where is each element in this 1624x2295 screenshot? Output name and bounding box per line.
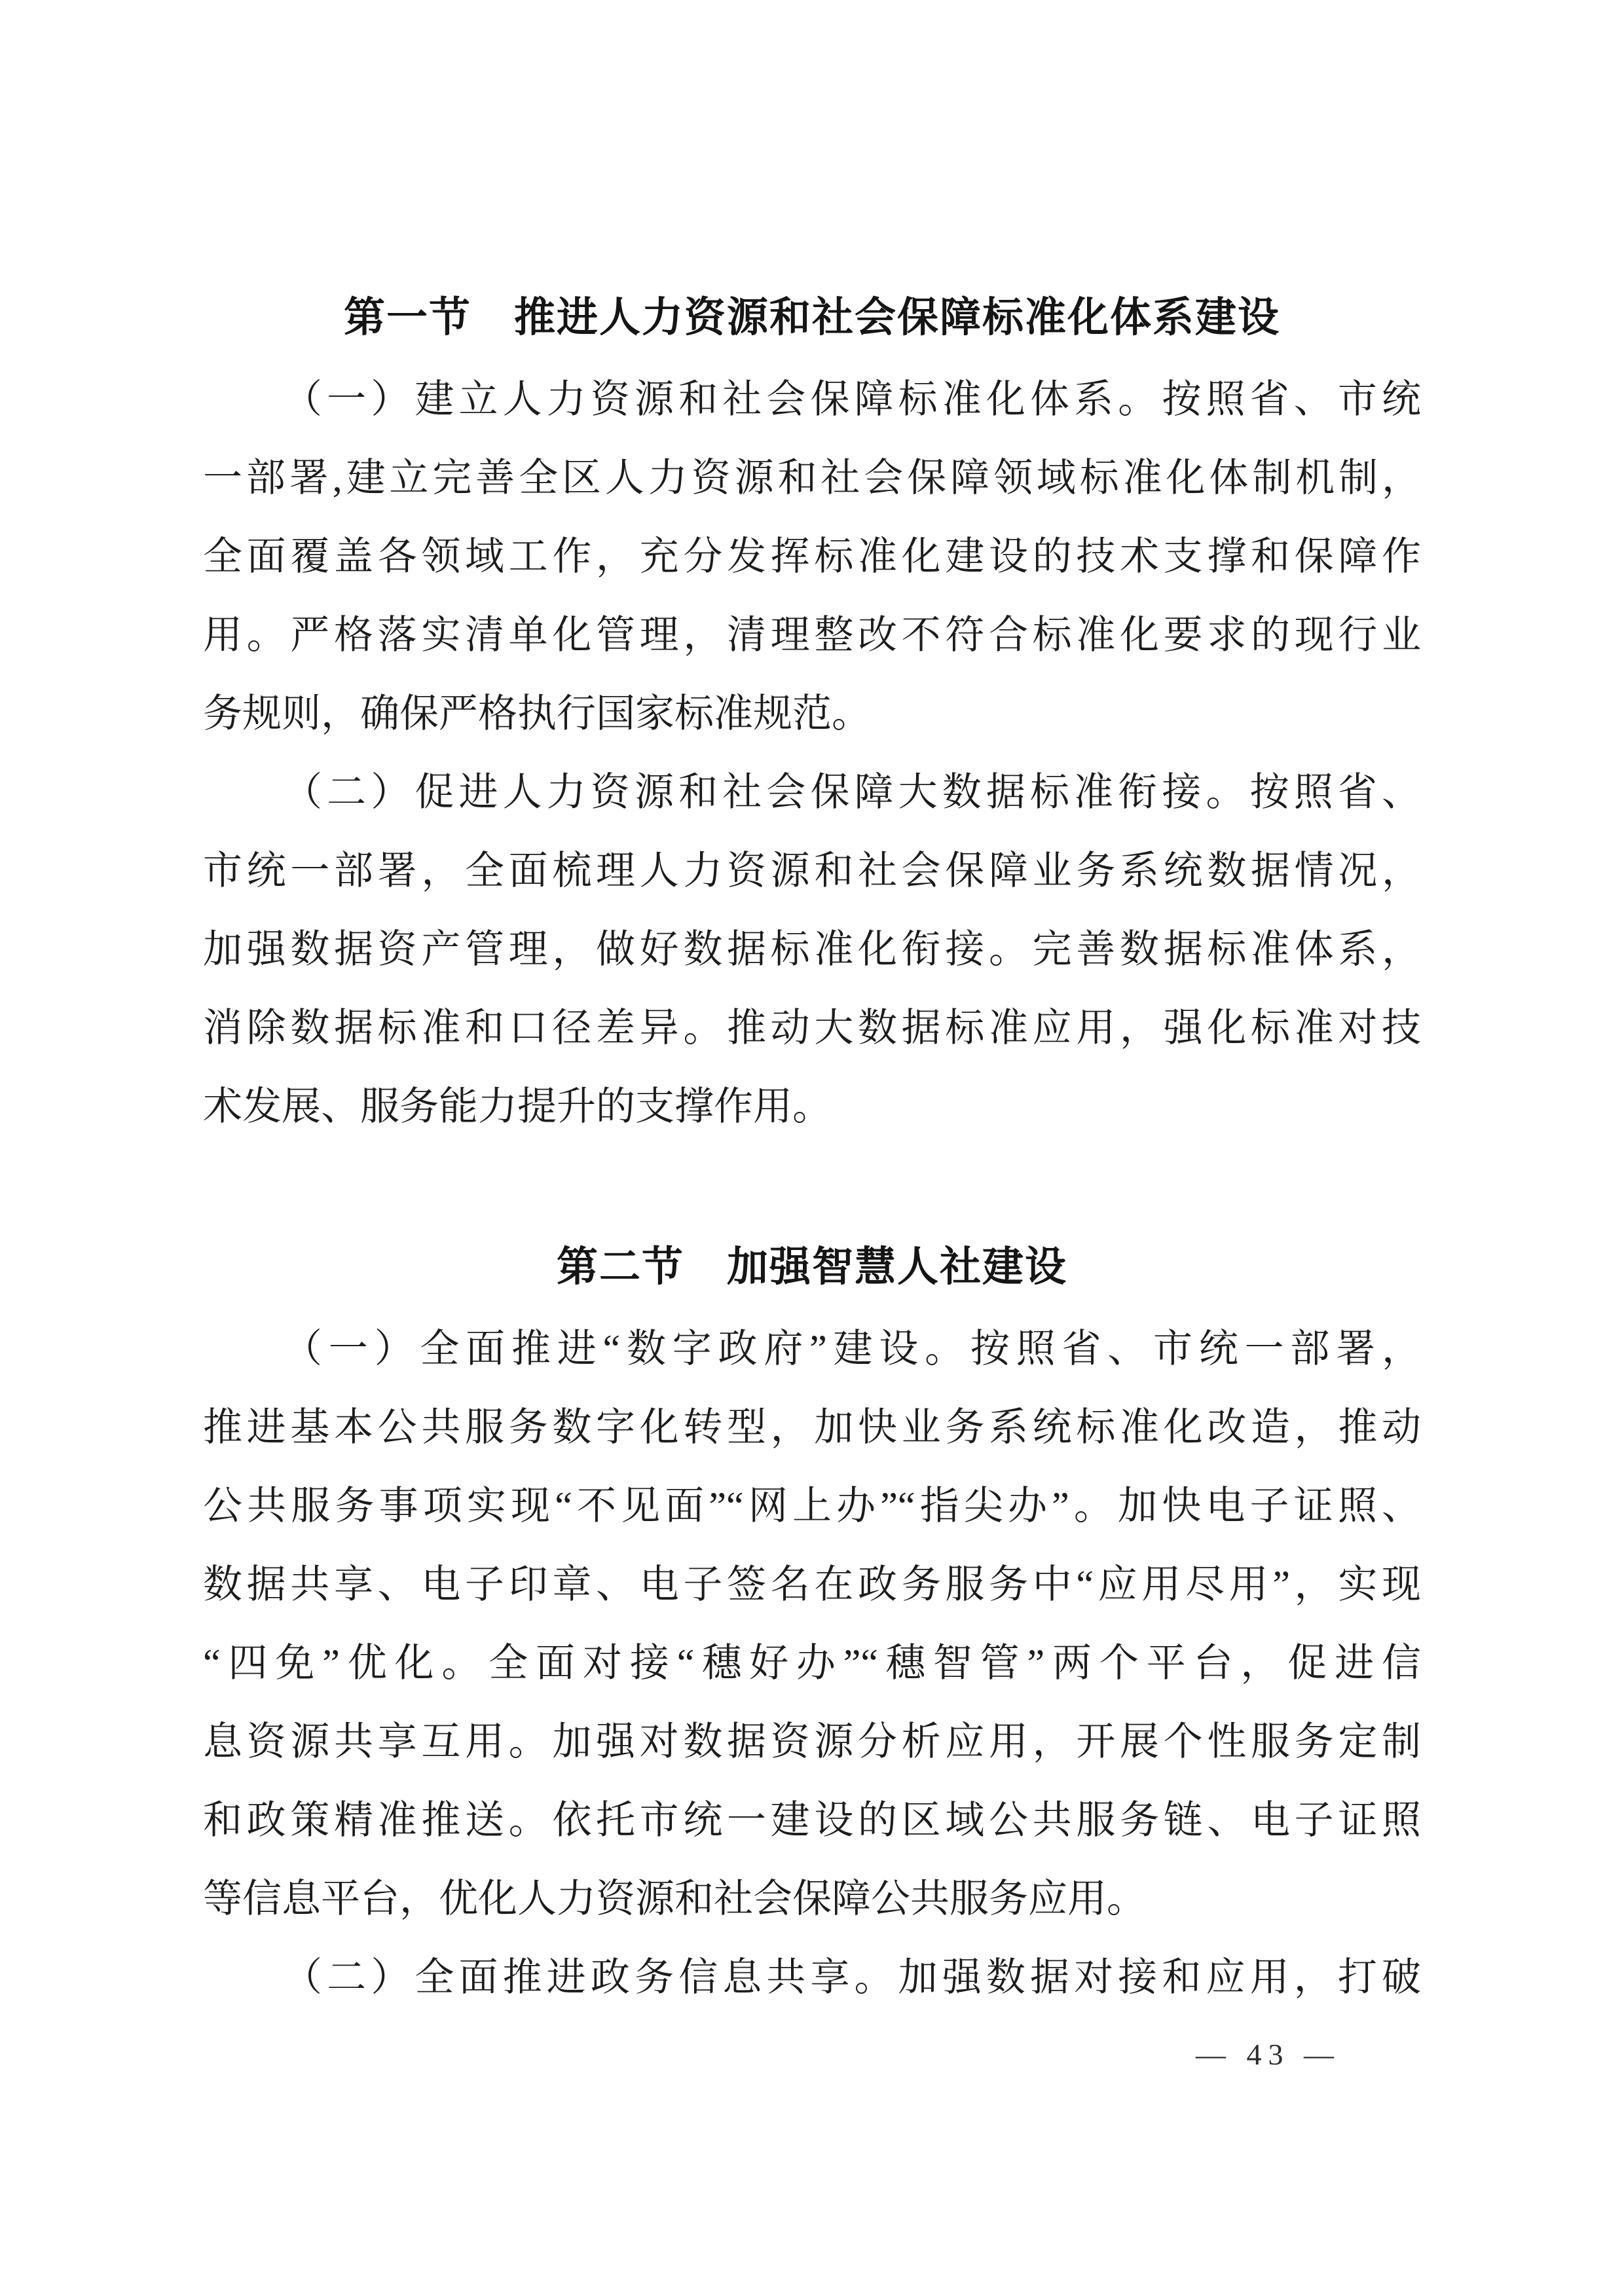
body-line: 市统一部署，全面梳理人力资源和社会保障业务系统数据情况， xyxy=(203,832,1421,910)
section-1-title: 第一节 推进人力资源和社会保障标准化体系建设 xyxy=(203,275,1421,360)
body-line: （一）全面推进“数字政府”建设。按照省、市统一部署， xyxy=(203,1310,1421,1388)
body-line: “四免”优化。全面对接“穗好办”“穗智管”两个平台，促进信 xyxy=(203,1624,1421,1702)
body-line: （一）建立人力资源和社会保障标准化体系。按照省、市统 xyxy=(203,360,1421,439)
body-line: 推进基本公共服务数字化转型，加快业务系统标准化改造，推动 xyxy=(203,1388,1421,1467)
body-line: 等信息平台，优化人力资源和社会保障公共服务应用。 xyxy=(203,1860,1421,1938)
body-line: （二）全面推进政务信息共享。加强数据对接和应用，打破 xyxy=(203,1938,1421,2017)
page-number: — 43 — xyxy=(1196,2034,1340,2076)
body-line: 一部署,建立完善全区人力资源和社会保障领域标准化体制机制， xyxy=(203,439,1421,517)
document-page: 第一节 推进人力资源和社会保障标准化体系建设 （一）建立人力资源和社会保障标准化… xyxy=(0,0,1624,2295)
body-line: 消除数据标准和口径差异。推动大数据标准应用，强化标准对技 xyxy=(203,989,1421,1067)
section-2-title: 第二节 加强智慧人社建设 xyxy=(203,1224,1421,1310)
body-line: 数据共享、电子印章、电子签名在政务服务中“应用尽用”，实现 xyxy=(203,1545,1421,1624)
body-line: 和政策精准推送。依托市统一建设的区域公共服务链、电子证照 xyxy=(203,1781,1421,1860)
page-content: 第一节 推进人力资源和社会保障标准化体系建设 （一）建立人力资源和社会保障标准化… xyxy=(203,275,1421,2017)
body-line: 术发展、服务能力提升的支撑作用。 xyxy=(203,1067,1421,1146)
body-line: 加强数据资产管理，做好数据标准化衔接。完善数据标准体系， xyxy=(203,910,1421,989)
body-line: 用。严格落实清单化管理，清理整改不符合标准化要求的现行业 xyxy=(203,596,1421,674)
body-line: 务规则，确保严格执行国家标准规范。 xyxy=(203,674,1421,753)
section-gap xyxy=(203,1146,1421,1224)
body-line: 息资源共享互用。加强对数据资源分析应用，开展个性服务定制 xyxy=(203,1702,1421,1781)
body-line: （二）促进人力资源和社会保障大数据标准衔接。按照省、 xyxy=(203,753,1421,832)
body-line: 公共服务事项实现“不见面”“网上办”“指尖办”。加快电子证照、 xyxy=(203,1467,1421,1545)
body-line: 全面覆盖各领域工作，充分发挥标准化建设的技术支撑和保障作 xyxy=(203,517,1421,596)
